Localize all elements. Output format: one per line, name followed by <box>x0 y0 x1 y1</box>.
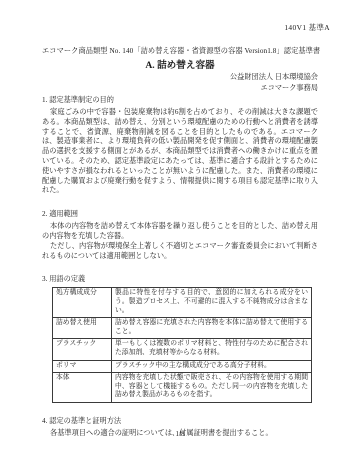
definitions-table-row: ポリマ プラスチック中の主な構成成分である高分子材料。 <box>53 360 312 373</box>
definitions-table: 処方構成成分 製品に特性を付与する目的で、意図的に加えられる成分をいう。製造プロ… <box>52 287 312 403</box>
definition-term: 本体 <box>53 373 112 403</box>
definitions-table-row: 処方構成成分 製品に特性を付与する目的で、意図的に加えられる成分をいう。製造プロ… <box>53 288 312 318</box>
definition-text: 単一もしくは複数のポリマ材料と、特性付与のために配合された添加剤、充填材等からな… <box>112 339 312 360</box>
definition-term: 処方構成成分 <box>53 288 112 318</box>
definition-text: 内容物を充填した状態で販売され、その内容物を使用する期間中、容器として機能するも… <box>112 373 312 403</box>
section-definitions-heading: 3. 用語の定義 <box>42 274 318 284</box>
definitions-table-row: プラスチック 単一もしくは複数のポリマ材料と、特性付与のために配合された添加剤、… <box>53 339 312 360</box>
section-definitions: 3. 用語の定義 処方構成成分 製品に特性を付与する目的で、意図的に加えられる成… <box>42 274 318 403</box>
page-title: A. 詰め替え容器 <box>42 60 318 72</box>
issuer-block: 公益財団法人 日本環境協会 エコマーク事務局 <box>42 72 318 93</box>
definitions-table-row: 本体 内容物を充填した状態で販売され、その内容物を使用する期間中、容器として機能… <box>53 373 312 403</box>
section-purpose-paragraph: 家庭ごみの中で容器・包装廃棄物は約6割を占めており、その削減は大きな課題である。… <box>42 108 318 196</box>
issuer-org-dept: エコマーク事務局 <box>42 83 318 94</box>
section-purpose-heading: 1. 認定基準制定の目的 <box>42 95 318 105</box>
section-scope-heading: 2. 適用範囲 <box>42 209 318 219</box>
document-type-line: エコマーク商品類型 No. 140「詰め替え容器・省資源型の容器 Version… <box>42 46 318 56</box>
issuer-org-name: 公益財団法人 日本環境協会 <box>42 72 318 83</box>
section-purpose: 1. 認定基準制定の目的 家庭ごみの中で容器・包装廃棄物は約6割を占めており、そ… <box>42 95 318 196</box>
definition-text: プラスチック中の主な構成成分である高分子材料。 <box>112 360 312 373</box>
document-header-code: 140V1 基準A <box>284 22 330 33</box>
section-scope: 2. 適用範囲 本体の内容物を詰め替えて本体容器を繰り返し使うことを目的とした、… <box>42 209 318 261</box>
document-page: 140V1 基準A エコマーク商品類型 No. 140「詰め替え容器・省資源型の… <box>0 0 360 466</box>
definition-term: プラスチック <box>53 339 112 360</box>
section-criteria-heading: 4. 認定の基準と証明方法 <box>42 416 318 426</box>
definition-term: 詰め替え使用 <box>53 318 112 339</box>
definitions-table-row: 詰め替え使用 詰め替え容器に充填された内容物を本体に詰め替えて使用すること。 <box>53 318 312 339</box>
page-number: 1/8 <box>0 430 360 438</box>
document-content: エコマーク商品類型 No. 140「詰め替え容器・省資源型の容器 Version… <box>42 46 318 439</box>
definition-term: ポリマ <box>53 360 112 373</box>
section-scope-paragraph-2: ただし、内容物が環境保全上著しく不適切とエコマーク審査委員会において判断されるも… <box>42 242 318 262</box>
definition-text: 詰め替え容器に充填された内容物を本体に詰め替えて使用すること。 <box>112 318 312 339</box>
section-scope-paragraph-1: 本体の内容物を詰め替えて本体容器を繰り返し使うことを目的とした、詰め替え用の内容… <box>42 222 318 242</box>
definition-text: 製品に特性を付与する目的で、意図的に加えられる成分をいう。製造プロセス上、不可避… <box>112 288 312 318</box>
